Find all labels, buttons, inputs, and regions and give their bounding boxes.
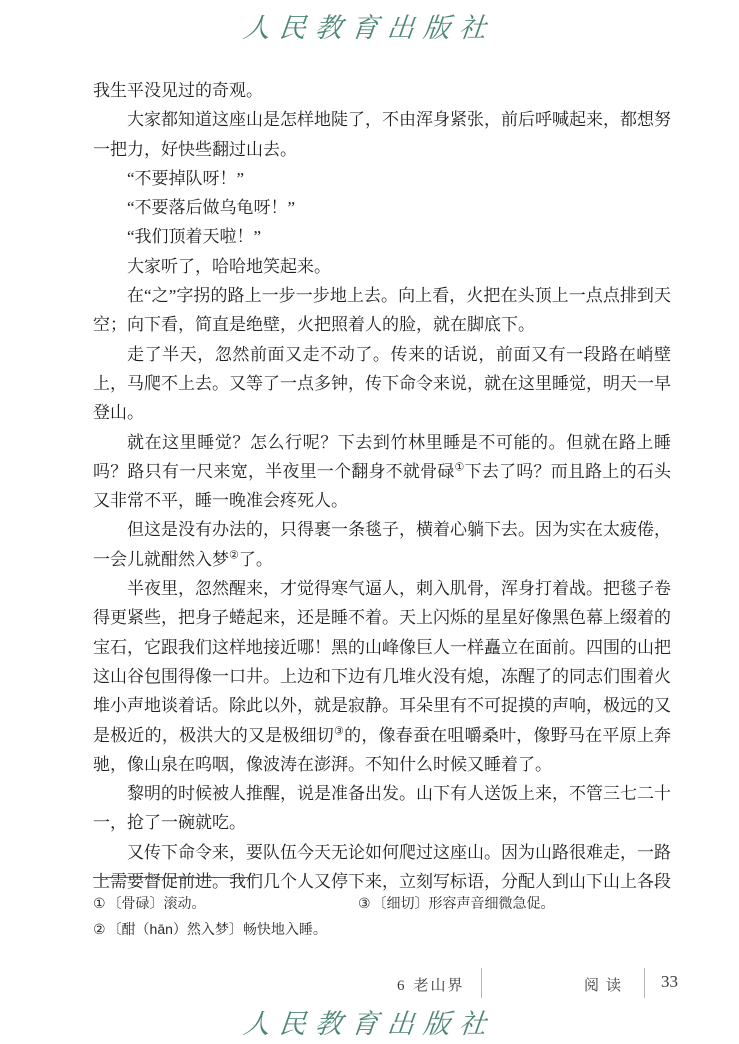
footnotes-area: ①〔骨碌〕滚动。②〔酣（hān）然入梦〕畅快地入睡。③〔细切〕形容声音细微急促。: [93, 890, 671, 942]
text-run: 走了半天，忽然前面又走不动了。传来的话说，前面又有一段路在峭壁上，马爬不上去。又…: [93, 345, 671, 423]
text-run: 了。: [239, 550, 273, 569]
paragraph: 我生平没见过的奇观。: [93, 76, 671, 105]
footnote-text: 〔骨碌〕滚动。: [108, 895, 206, 911]
footnote-item: ③〔细切〕形容声音细微急促。: [358, 890, 671, 916]
text-run: 又传下命令来，要队伍今天无论如何爬过这座山。因为山路很难走，一路上需要督促前进。…: [93, 843, 671, 891]
paragraph: 但这是没有办法的，只得裹一条毯子，横着心躺下去。因为实在太疲倦，一会儿就酣然入梦…: [93, 515, 671, 574]
footnote-divider: [93, 877, 259, 878]
footnote-marker: ①: [93, 895, 106, 911]
text-run: 黎明的时候被人推醒，说是准备出发。山下有人送饭上来，不管三七二十一，抢了一碗就吃…: [93, 784, 671, 832]
paragraph: 大家都知道这座山是怎样地陡了，不由浑身紧张，前后呼喊起来，都想努一把力，好快些翻…: [93, 105, 671, 164]
page-footer: 6老山界 阅读 33: [0, 966, 739, 1004]
body-text-column: 我生平没见过的奇观。大家都知道这座山是怎样地陡了，不由浑身紧张，前后呼喊起来，都…: [93, 76, 671, 896]
footer-divider-right: [644, 968, 645, 998]
paragraph: 黎明的时候被人推醒，说是准备出发。山下有人送饭上来，不管三七二十一，抢了一碗就吃…: [93, 779, 671, 838]
text-run: 大家都知道这座山是怎样地陡了，不由浑身紧张，前后呼喊起来，都想努一把力，好快些翻…: [93, 110, 671, 158]
section-label: 阅读: [584, 974, 628, 995]
lesson-title: 老山界: [414, 978, 465, 994]
textbook-page: 人民教育出版社 我生平没见过的奇观。大家都知道这座山是怎样地陡了，不由浑身紧张，…: [0, 0, 739, 1044]
text-run: 在“之”字拐的路上一步一步地上去。向上看，火把在头顶上一点点排到天空；向下看，简…: [93, 286, 671, 334]
text-run: “我们顶着天啦！”: [127, 227, 261, 246]
footnote-text: 〔酣（hān）然入梦〕畅快地入睡。: [108, 921, 327, 937]
footnote-marker: ②: [93, 921, 106, 937]
paragraph: 半夜里，忽然醒来，才觉得寒气逼人，刺入肌骨，浑身打着战。把毯子卷得更紧些，把身子…: [93, 574, 671, 779]
publisher-logo-top: 人民教育出版社: [0, 6, 739, 45]
text-run: 我生平没见过的奇观。: [93, 81, 263, 100]
lesson-heading: 6老山界: [397, 974, 465, 995]
footnote-marker: ③: [358, 895, 371, 911]
footnote-column: ①〔骨碌〕滚动。②〔酣（hān）然入梦〕畅快地入睡。: [93, 890, 358, 942]
page-number: 33: [661, 972, 678, 992]
publisher-logo-bottom: 人民教育出版社: [0, 1002, 739, 1041]
footnote-column: ③〔细切〕形容声音细微急促。: [358, 890, 671, 942]
footnote-ref: ③: [334, 725, 344, 737]
lesson-number: 6: [397, 978, 405, 994]
footnote-text: 〔细切〕形容声音细微急促。: [373, 895, 555, 911]
paragraph: “不要掉队呀！”: [93, 164, 671, 193]
text-run: “不要掉队呀！”: [127, 169, 244, 188]
paragraph: “我们顶着天啦！”: [93, 222, 671, 251]
text-run: 但这是没有办法的，只得裹一条毯子，横着心躺下去。因为实在太疲倦，一会儿就酣然入梦: [93, 520, 671, 568]
paragraph: 又传下命令来，要队伍今天无论如何爬过这座山。因为山路很难走，一路上需要督促前进。…: [93, 838, 671, 897]
paragraph: 在“之”字拐的路上一步一步地上去。向上看，火把在头顶上一点点排到天空；向下看，简…: [93, 281, 671, 340]
paragraph: 走了半天，忽然前面又走不动了。传来的话说，前面又有一段路在峭壁上，马爬不上去。又…: [93, 340, 671, 428]
paragraph: 大家听了，哈哈地笑起来。: [93, 252, 671, 281]
text-run: 半夜里，忽然醒来，才觉得寒气逼人，刺入肌骨，浑身打着战。把毯子卷得更紧些，把身子…: [93, 579, 671, 744]
paragraph: 就在这里睡觉？怎么行呢？下去到竹林里睡是不可能的。但就在路上睡吗？路只有一尺来宽…: [93, 428, 671, 516]
footnote-item: ①〔骨碌〕滚动。: [93, 890, 358, 916]
footnote-ref: ②: [229, 549, 239, 561]
footer-divider-left: [481, 968, 482, 998]
footnote-item: ②〔酣（hān）然入梦〕畅快地入睡。: [93, 916, 358, 942]
text-run: 大家听了，哈哈地笑起来。: [127, 257, 331, 276]
text-run: “不要落后做乌龟呀！”: [127, 198, 295, 217]
paragraph: “不要落后做乌龟呀！”: [93, 193, 671, 222]
footnote-ref: ①: [455, 461, 465, 473]
